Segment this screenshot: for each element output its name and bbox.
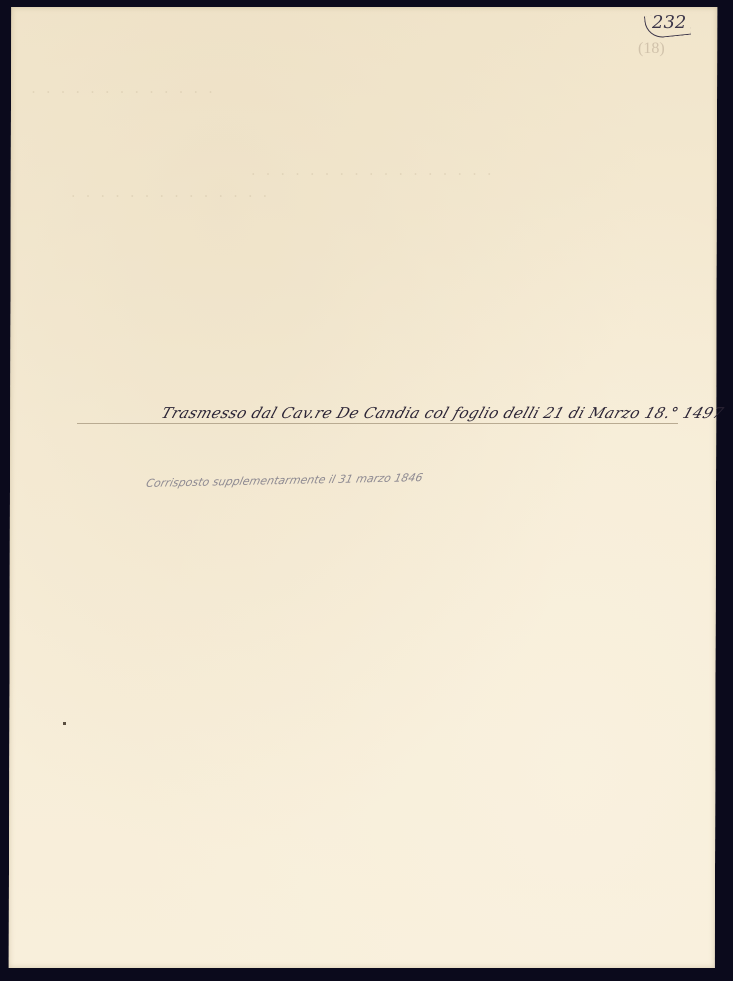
paper-sheet: · · · · · · · · · · · · · · · · · · · · … — [9, 7, 718, 968]
bleed-through-text: · · · · · · · · · · · · · · · · · — [251, 167, 495, 184]
folio-number: 232 — [652, 12, 686, 33]
scanned-document: · · · · · · · · · · · · · · · · · · · · … — [0, 0, 733, 981]
document-heading: Trasmesso dal Cav.re De Candia col fogli… — [159, 404, 726, 422]
ink-spot — [63, 722, 66, 725]
ruled-line — [77, 423, 678, 424]
old-folio-number: (18) — [638, 40, 665, 58]
bleed-through-text: · · · · · · · · · · · · · · — [71, 189, 271, 206]
bleed-through-text: · · · · · · · · · · · · · — [31, 85, 216, 102]
